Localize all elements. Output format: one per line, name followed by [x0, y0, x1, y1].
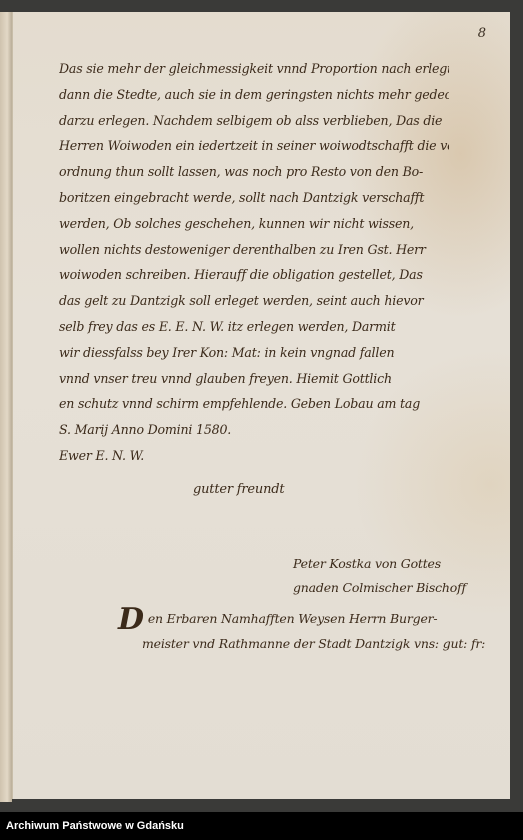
body-line: boritzen eingebracht werde, sollt nach D… [59, 185, 449, 211]
body-line: en schutz vnnd schirm empfehlende. Geben… [59, 391, 449, 417]
folio-number: 8 [478, 26, 486, 41]
signature-line: gnaden Colmischer Bischoff [293, 576, 466, 600]
letter-body: Das sie mehr der gleichmessigkeit vnnd P… [59, 56, 449, 469]
document-scan: 8 Das sie mehr der gleichmessigkeit vnnd… [0, 0, 523, 812]
body-line: S. Marij Anno Domini 1580. [59, 417, 449, 443]
signature-block: Peter Kostka von Gottes gnaden Colmische… [293, 552, 466, 600]
archive-caption-bar: Archiwum Państwowe w Gdańsku [0, 812, 523, 840]
archive-name: Archiwum Państwowe w Gdańsku [6, 820, 184, 832]
address-line: meister vnd Rathmanne der Stadt Dantzigk… [118, 632, 485, 656]
body-line: Ewer E. N. W. [59, 443, 449, 469]
body-line: wir diessfalss bey Irer Kon: Mat: in kei… [59, 340, 449, 366]
body-line: Das sie mehr der gleichmessigkeit vnnd P… [59, 56, 449, 82]
body-line: darzu erlegen. Nachdem selbigem ob alss … [59, 108, 449, 134]
body-line: das gelt zu Dantzigk soll erleget werden… [59, 288, 449, 314]
body-line: vnnd vnser treu vnnd glauben freyen. Hie… [59, 366, 449, 392]
address-text: en Erbaren Namhafften Weysen Herrn Burge… [148, 611, 438, 626]
closing-salutation: gutter freundt [193, 482, 284, 497]
body-line: woiwoden schreiben. Hierauff die obligat… [59, 262, 449, 288]
address-block: Den Erbaren Namhafften Weysen Herrn Burg… [118, 607, 485, 656]
body-line: werden, Ob solches geschehen, kunnen wir… [59, 211, 449, 237]
signature-line: Peter Kostka von Gottes [293, 552, 466, 576]
decorated-initial: D [118, 602, 144, 637]
address-line: Den Erbaren Namhafften Weysen Herrn Burg… [118, 607, 485, 632]
body-line: Herren Woiwoden ein iedertzeit in seiner… [59, 133, 449, 159]
body-line: selb frey das es E. E. N. W. itz erlegen… [59, 314, 449, 340]
body-line: dann die Stedte, auch sie in dem gerings… [59, 82, 449, 108]
body-line: wollen nichts destoweniger derenthalben … [59, 237, 449, 263]
page-binding-edge [0, 12, 12, 802]
manuscript-page: 8 Das sie mehr der gleichmessigkeit vnnd… [12, 12, 510, 799]
body-line: ordnung thun sollt lassen, was noch pro … [59, 159, 449, 185]
